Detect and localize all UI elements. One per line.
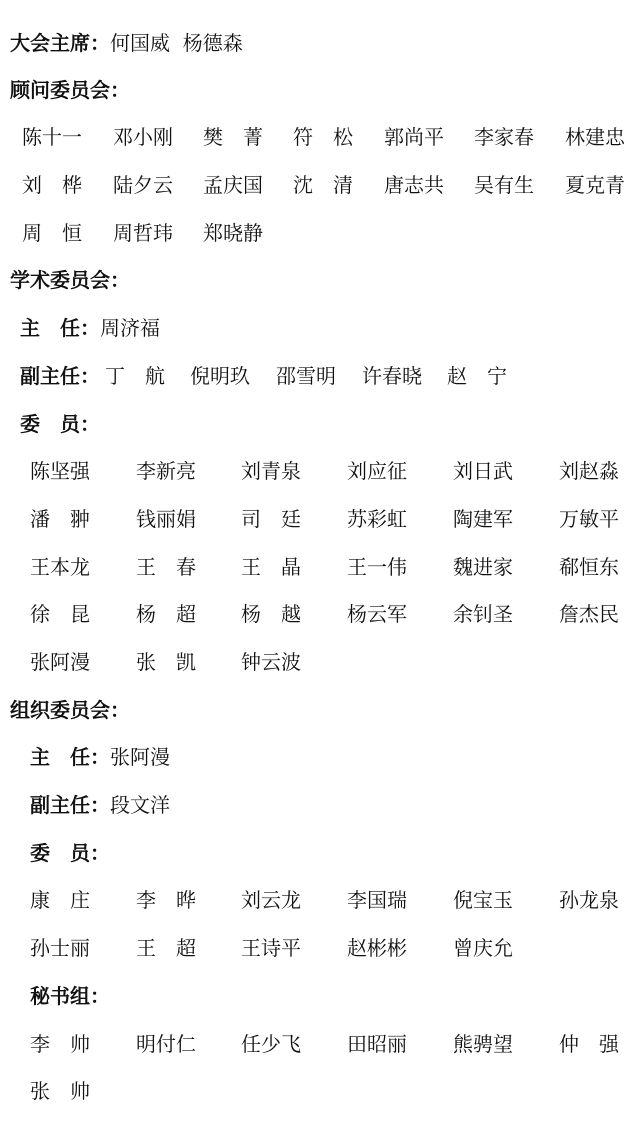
member-name: 王 超: [136, 933, 196, 963]
deputy-name: 邵雪明: [276, 361, 336, 391]
deputy-label: 副主任：: [30, 790, 110, 820]
member-name: 李新亮: [136, 456, 196, 486]
member-name: 魏进家: [453, 552, 513, 582]
member-name: 樊 菁: [203, 122, 263, 152]
member-name: 万敏平: [559, 504, 619, 534]
member-name: 余钊圣: [453, 599, 513, 629]
director-label: 主 任：: [30, 742, 110, 772]
advisory-title: 顾问委员会：: [10, 75, 130, 105]
academic-deputy-line: 副主任： 丁 航 倪明玖 邵雪明 许春晓 赵 宁: [0, 361, 639, 391]
member-name: 陈十一: [22, 122, 82, 152]
member-name: 仲 强: [559, 1029, 619, 1059]
member-name: 唐志共: [384, 170, 444, 200]
member-name: 张阿漫: [30, 647, 90, 677]
member-name: 郑晓静: [203, 218, 263, 248]
chair-line: 大会主席：何国威 杨德森: [10, 28, 243, 58]
organizing-members-row: 康 庄 李 晔 刘云龙 李国瑞 倪宝玉 孙龙泉: [0, 885, 639, 915]
member-name: 杨云军: [347, 599, 407, 629]
member-name: 刘青泉: [241, 456, 301, 486]
director-label: 主 任：: [20, 313, 100, 343]
member-name: 苏彩虹: [347, 504, 407, 534]
member-name: 王本龙: [30, 552, 90, 582]
member-name: 刘云龙: [241, 885, 301, 915]
deputy-name: 丁 航: [105, 361, 165, 391]
member-name: 沈 清: [293, 170, 353, 200]
chair-label: 大会主席：: [10, 28, 110, 58]
member-name: 郭尚平: [384, 122, 444, 152]
deputy-name: 倪明玖: [190, 361, 250, 391]
academic-members-label: 委 员：: [20, 409, 100, 439]
member-name: 刘赵淼: [559, 456, 619, 486]
member-name: 孙龙泉: [559, 885, 619, 915]
member-name: 陶建军: [453, 504, 513, 534]
deputy-name: 许春晓: [362, 361, 422, 391]
member-name: 倪宝玉: [453, 885, 513, 915]
chair-name: 杨德森: [183, 31, 243, 55]
member-name: 潘 翀: [30, 504, 90, 534]
member-name: 明付仁: [136, 1029, 196, 1059]
member-name: 孙士丽: [30, 933, 90, 963]
deputy-name: 段文洋: [110, 793, 170, 817]
academic-members-row: 潘 翀 钱丽娟 司 廷 苏彩虹 陶建军 万敏平: [0, 504, 639, 534]
academic-members-row: 陈坚强 李新亮 刘青泉 刘应征 刘日武 刘赵淼: [0, 456, 639, 486]
director-name: 周济福: [100, 316, 160, 340]
member-name: 王 春: [136, 552, 196, 582]
member-name: 邓小刚: [113, 122, 173, 152]
academic-members-row: 张阿漫 张 凯 钟云波: [0, 647, 639, 677]
advisory-row: 陈十一 邓小刚 樊 菁 符 松 郭尚平 李家春 林建忠: [0, 122, 639, 152]
organizing-director-line: 主 任：张阿漫: [30, 742, 170, 772]
member-name: 杨 超: [136, 599, 196, 629]
member-name: 王诗平: [241, 933, 301, 963]
member-name: 杨 越: [241, 599, 301, 629]
academic-members-row: 王本龙 王 春 王 晶 王一伟 魏进家 郗恒东: [0, 552, 639, 582]
member-name: 赵彬彬: [347, 933, 407, 963]
member-name: 李家春: [474, 122, 534, 152]
chair-name: 何国威: [110, 31, 170, 55]
member-name: 钱丽娟: [136, 504, 196, 534]
organizing-deputy-line: 副主任：段文洋: [30, 790, 170, 820]
member-name: 刘日武: [453, 456, 513, 486]
academic-members-row: 徐 昆 杨 超 杨 越 杨云军 余钊圣 詹杰民: [0, 599, 639, 629]
advisory-row: 刘 桦 陆夕云 孟庆国 沈 清 唐志共 吴有生 夏克青: [0, 170, 639, 200]
secretariat-label: 秘书组：: [30, 981, 110, 1011]
member-name: 熊骋望: [453, 1029, 513, 1059]
member-name: 张 帅: [30, 1076, 90, 1106]
deputy-label: 副主任：: [20, 361, 100, 391]
organizing-members-row: 孙士丽 王 超 王诗平 赵彬彬 曾庆允: [0, 933, 639, 963]
member-name: 曾庆允: [453, 933, 513, 963]
member-name: 夏克青: [565, 170, 625, 200]
member-name: 李国瑞: [347, 885, 407, 915]
member-name: 吴有生: [474, 170, 534, 200]
member-name: 陈坚强: [30, 456, 90, 486]
advisory-row: 周 恒 周哲玮 郑晓静: [0, 218, 639, 248]
member-name: 康 庄: [30, 885, 90, 915]
member-name: 李 帅: [30, 1029, 90, 1059]
member-name: 田昭丽: [347, 1029, 407, 1059]
member-name: 王一伟: [347, 552, 407, 582]
academic-title: 学术委员会：: [10, 265, 130, 295]
academic-director-line: 主 任：周济福: [20, 313, 160, 343]
member-name: 司 廷: [241, 504, 301, 534]
secretariat-row: 李 帅 明付仁 任少飞 田昭丽 熊骋望 仲 强: [0, 1029, 639, 1059]
member-name: 刘 桦: [22, 170, 82, 200]
secretariat-row: 张 帅: [0, 1076, 639, 1106]
member-name: 林建忠: [565, 122, 625, 152]
member-name: 周 恒: [22, 218, 82, 248]
member-name: 李 晔: [136, 885, 196, 915]
member-name: 符 松: [293, 122, 353, 152]
deputy-name: 赵 宁: [447, 361, 507, 391]
organizing-members-label: 委 员：: [30, 838, 110, 868]
member-name: 钟云波: [241, 647, 301, 677]
director-name: 张阿漫: [110, 745, 170, 769]
member-name: 王 晶: [241, 552, 301, 582]
member-name: 周哲玮: [113, 218, 173, 248]
member-name: 徐 昆: [30, 599, 90, 629]
member-name: 孟庆国: [203, 170, 263, 200]
member-name: 陆夕云: [113, 170, 173, 200]
member-name: 张 凯: [136, 647, 196, 677]
organizing-title: 组织委员会：: [10, 695, 130, 725]
member-name: 詹杰民: [559, 599, 619, 629]
member-name: 郗恒东: [559, 552, 619, 582]
member-name: 刘应征: [347, 456, 407, 486]
member-name: 任少飞: [241, 1029, 301, 1059]
